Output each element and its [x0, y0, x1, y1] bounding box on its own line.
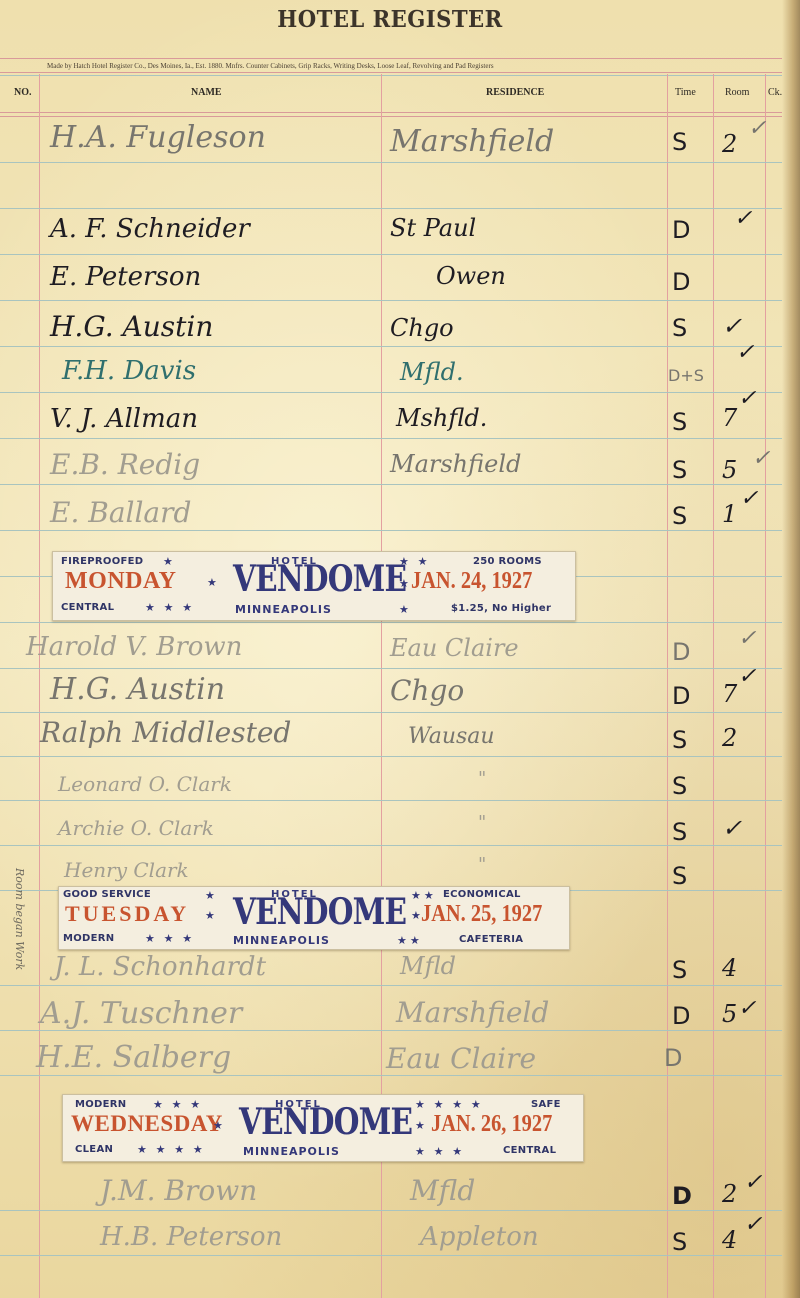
banner-day: TUESDAY: [65, 901, 189, 927]
hotel-vendome-date-stamp-wednesday: MODERN ★ ★ ★ WEDNESDAY ★ CLEAN ★ ★ ★ ★ H…: [62, 1094, 584, 1162]
entry-name: E. Ballard: [50, 496, 191, 529]
entry-residence: Wausau: [408, 724, 495, 749]
rule-line: [0, 756, 782, 757]
rule-line: [0, 438, 782, 439]
banner-hotel-name: VENDOME: [239, 1101, 412, 1143]
entry-name: H.A. Fugleson: [50, 120, 266, 155]
rule-line: [0, 800, 782, 801]
entry-room: 1: [722, 500, 737, 528]
entry-check: ✓: [738, 386, 756, 411]
banner-city: MINNEAPOLIS: [243, 1145, 340, 1158]
entry-check: ✓: [744, 1212, 762, 1237]
entry-name: A. F. Schneider: [50, 214, 250, 244]
entry-time: D: [672, 682, 690, 710]
entry-room: 4: [722, 954, 737, 982]
entry-room: 5: [722, 1000, 737, 1028]
entry-check: ✓: [752, 446, 770, 471]
entry-check: ✓: [738, 626, 756, 651]
banner-tagline: ECONOMICAL: [443, 889, 521, 900]
entry-residence: Eau Claire: [386, 1042, 536, 1075]
rule-line: [0, 1255, 782, 1256]
entry-residence: Chgo: [390, 674, 464, 707]
star-icon: ★: [207, 576, 220, 589]
star-icon: ★ ★ ★ ★: [415, 1098, 484, 1111]
star-icon: ★: [205, 889, 218, 902]
column-divider: [39, 74, 40, 1298]
header-rule: [0, 116, 782, 117]
rule-line: [0, 254, 782, 255]
header-rule: [0, 112, 782, 113]
entry-name: H.E. Salberg: [36, 1040, 231, 1075]
rule-line: [0, 845, 782, 846]
star-icon: ★ ★ ★: [145, 932, 195, 945]
entry-name: A.J. Tuschner: [40, 996, 242, 1031]
banner-tagline: 250 ROOMS: [473, 556, 542, 567]
entry-check: ✓: [738, 664, 756, 689]
entry-residence: Mfld: [410, 1174, 475, 1207]
entry-time: S: [672, 772, 687, 800]
entry-time: S: [672, 956, 687, 984]
entry-check: ✓: [736, 340, 754, 365]
entry-time: D: [672, 268, 690, 296]
banner-city: MINNEAPOLIS: [233, 934, 330, 947]
entry-residence: Marshfield: [390, 124, 554, 159]
star-icon: ★ ★ ★: [153, 1098, 203, 1111]
entry-name: V. J. Allman: [50, 404, 198, 434]
entry-residence: Marshfield: [396, 996, 549, 1029]
column-header-ck: Ck.: [768, 87, 782, 98]
star-icon: ★: [415, 1119, 428, 1132]
banner-hotel-name: VENDOME: [233, 891, 406, 933]
column-divider: [765, 74, 766, 1298]
star-icon: ★ ★ ★: [145, 601, 195, 614]
entry-check: ✓: [738, 996, 756, 1021]
entry-time: S: [672, 408, 687, 436]
entry-check: ✓: [744, 1170, 762, 1195]
entry-time: D: [664, 1044, 682, 1072]
entry-time: S: [672, 1228, 687, 1256]
star-icon: ★ ★ ★ ★: [137, 1143, 206, 1156]
entry-check: ✓: [748, 116, 766, 141]
margin-note: Room began Work: [13, 868, 26, 970]
column-header-name: NAME: [191, 87, 222, 98]
banner-date: JAN. 26, 1927: [431, 1111, 552, 1138]
rule-line: [0, 72, 782, 73]
entry-room: 7: [722, 404, 737, 432]
star-icon: ★: [205, 909, 218, 922]
entry-residence: Appleton: [420, 1222, 539, 1252]
column-divider: [713, 74, 714, 1298]
entry-time: S: [672, 128, 687, 156]
entry-time: D: [672, 216, 690, 244]
entry-check: ✓: [740, 486, 758, 511]
banner-tagline: CAFETERIA: [459, 934, 523, 945]
entry-name: H.G. Austin: [50, 310, 213, 343]
rule-line: [0, 484, 782, 485]
banner-tagline: FIREPROOFED: [61, 556, 143, 567]
rule-line: [0, 392, 782, 393]
rule-line: [0, 162, 782, 163]
entry-room: 2: [722, 130, 737, 158]
star-icon: ★: [399, 603, 412, 616]
rule-line: [0, 668, 782, 669]
banner-date: JAN. 25, 1927: [421, 901, 542, 928]
banner-tagline: GOOD SERVICE: [63, 889, 151, 900]
star-icon: ★: [213, 1119, 226, 1132]
entry-residence: Eau Claire: [390, 634, 519, 662]
banner-tagline: MODERN: [75, 1099, 126, 1110]
banner-hotel-name: VENDOME: [233, 558, 406, 600]
column-header-no: NO.: [14, 87, 32, 98]
column-header-time: Time: [675, 87, 696, 98]
entry-time: S: [672, 818, 687, 846]
rule-line: [0, 75, 782, 76]
entry-name: Ralph Middlested: [40, 716, 291, 749]
entry-residence: ": [478, 854, 486, 875]
entry-time: D: [672, 1182, 692, 1210]
entry-residence: ": [478, 812, 486, 833]
entry-room: 2: [722, 1180, 737, 1208]
register-title: HOTEL REGISTER: [31, 6, 749, 33]
banner-date: JAN. 24, 1927: [411, 568, 532, 595]
entry-residence: Mfld.: [400, 358, 464, 386]
entry-name: F.H. Davis: [62, 356, 196, 386]
entry-room: 2: [722, 724, 737, 752]
entry-residence: Owen: [436, 262, 506, 290]
entry-residence: Chgo: [390, 314, 454, 342]
star-icon: ★ ★: [399, 555, 430, 568]
banner-tagline: $1.25, No Higher: [451, 603, 551, 614]
hotel-vendome-date-stamp-tuesday: GOOD SERVICE ★ TUESDAY ★ MODERN ★ ★ ★ HO…: [58, 886, 570, 950]
banner-city: MINNEAPOLIS: [235, 603, 332, 616]
banner-tagline: CENTRAL: [503, 1145, 556, 1156]
rule-line: [0, 300, 782, 301]
entry-room: 4: [722, 1226, 737, 1254]
rule-line: [0, 1210, 782, 1211]
rule-line: [0, 622, 782, 623]
entry-name: Henry Clark: [64, 858, 189, 882]
rule-line: [0, 530, 782, 531]
star-icon: ★: [399, 577, 412, 590]
entry-name: Archie O. Clark: [58, 816, 214, 840]
entry-residence: Mshfld.: [396, 404, 487, 432]
entry-room: ✓: [722, 814, 742, 842]
rule-line: [0, 1075, 782, 1076]
entry-residence: ": [478, 768, 486, 789]
entry-residence: Mfld: [400, 952, 456, 980]
entry-name: E.B. Redig: [50, 448, 200, 481]
banner-day: MONDAY: [65, 568, 176, 595]
entry-time: S: [672, 726, 687, 754]
rule-line: [0, 208, 782, 209]
book-spine-shadow: [782, 0, 800, 1298]
entry-room: ✓: [722, 312, 742, 340]
rule-line: [0, 712, 782, 713]
column-header-residence: RESIDENCE: [486, 87, 544, 98]
star-icon: ★: [163, 555, 176, 568]
entry-name: E. Peterson: [50, 262, 201, 292]
entry-time: S: [672, 456, 687, 484]
banner-tagline: CLEAN: [75, 1144, 113, 1155]
entry-residence: Marshfield: [390, 450, 521, 478]
entry-name: H.B. Peterson: [100, 1222, 282, 1252]
banner-tagline: SAFE: [531, 1099, 561, 1110]
column-divider: [667, 74, 668, 1298]
banner-tagline: CENTRAL: [61, 602, 114, 613]
entry-time: S: [672, 862, 687, 890]
rule-line: [0, 985, 782, 986]
entry-room: 7: [722, 680, 737, 708]
entry-name: H.G. Austin: [50, 672, 225, 707]
banner-day: WEDNESDAY: [71, 1111, 223, 1137]
hotel-vendome-date-stamp-monday: FIREPROOFED ★ MONDAY ★ CENTRAL ★ ★ ★ HOT…: [52, 551, 576, 621]
rule-line: [0, 58, 782, 59]
entry-name: Harold V. Brown: [26, 632, 242, 662]
entry-time: D: [672, 1002, 690, 1030]
maker-line: Made by Hatch Hotel Register Co., Des Mo…: [47, 62, 494, 70]
banner-tagline: MODERN: [63, 933, 114, 944]
entry-residence: St Paul: [390, 214, 476, 242]
rule-line: [0, 346, 782, 347]
entry-name: J.M. Brown: [100, 1174, 257, 1207]
entry-time: D+S: [668, 366, 704, 385]
entry-time: S: [672, 314, 687, 342]
entry-check: ✓: [734, 206, 752, 231]
entry-time: D: [672, 638, 690, 666]
entry-name: Leonard O. Clark: [58, 772, 232, 796]
entry-time: S: [672, 502, 687, 530]
column-header-room: Room: [725, 87, 749, 98]
entry-name: J. L. Schonhardt: [54, 952, 266, 982]
star-icon: ★★: [397, 934, 423, 947]
entry-room: 5: [722, 456, 737, 484]
star-icon: ★ ★ ★: [415, 1145, 465, 1158]
